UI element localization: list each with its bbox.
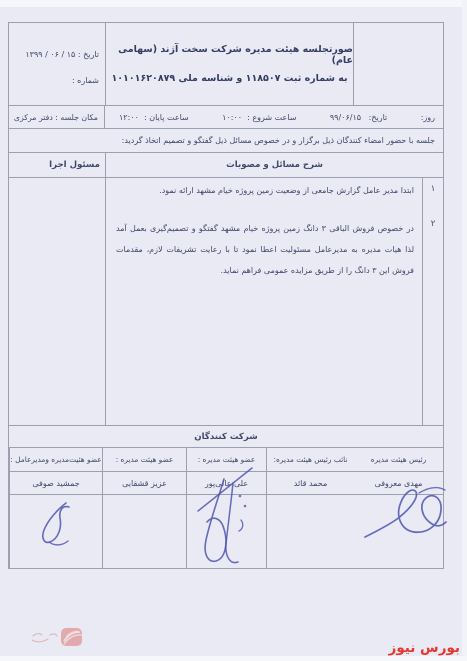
meta-start-label: ساعت شروع : [247,113,296,122]
paper-edge-bottom [0,656,467,661]
executor-header: مسئول اجرا [9,153,105,177]
meta-date-value: ۹۹/۰۶/۱۵ [330,113,361,122]
header-date-cell: تاریخ : ۱۵ / ۰۶ / ۱۳۹۹ شماره : [9,23,105,105]
meeting-meta-row: روز: تاریخ: ۹۹/۰۶/۱۵ ساعت شروع : ۱۰:۰۰ س… [9,106,443,129]
name-board-member-1: علی عالی‌پور [186,472,266,494]
intro-row: جلسه با حضور امضاء کنندگان ذیل برگزار و … [9,129,443,153]
document-title-line2: به شماره ثبت ۱۱۸۵۰۷ و شناسه ملی ۱۰۱۰۱۶۲۰… [111,73,347,84]
signature-cell-board-member-2 [102,495,186,568]
meta-date-label: تاریخ: [369,113,388,122]
meta-location-cell: مکان جلسه : دفتر مرکزی [9,106,105,128]
minutes-body-row: ۱ ۲ ابتدا مدیر عامل گزارش جامعی از وضعیت… [9,178,443,426]
meta-day-label: روز: [421,113,435,122]
item-1-number: ۱ [423,184,443,194]
name-member-and-ceo: جمشید صوفی [9,472,102,494]
item-number-column: ۱ ۲ [422,178,443,425]
section-header-row: شرح مسائل و مصوبات مسئول اجرا [9,153,443,178]
meta-start-time: ساعت شروع : ۱۰:۰۰ [222,113,296,122]
item-1-text: ابتدا مدیر عامل گزارش جامعی از وضعیت زمی… [116,180,414,201]
name-chairman: مهدی معروفی [354,472,443,494]
meta-end-time: ساعت پایان : ۱۲:۰۰ [119,113,189,122]
meta-main-cell: روز: تاریخ: ۹۹/۰۶/۱۵ ساعت شروع : ۱۰:۰۰ س… [105,106,443,128]
executor-column-empty [9,178,105,425]
signature-cell-board-member-1 [186,495,266,568]
items-column: ابتدا مدیر عامل گزارش جامعی از وضعیت زمی… [105,178,422,425]
item-2-text: در خصوص فروش الباقی ۳ دانگ زمین پروژه خی… [116,218,414,281]
document-title-cell: صورتجلسه هیئت مدیره شرکت سخت آژند (سهامی… [105,23,354,105]
name-vice-chairman: محمد قائد [266,472,354,494]
signature-cell-vice-chairman [266,495,354,568]
scanned-document-page: صورتجلسه هیئت مدیره شرکت سخت آژند (سهامی… [0,0,467,661]
role-board-member-1: عضو هیئت مدیره : [186,448,266,471]
meta-date: تاریخ: ۹۹/۰۶/۱۵ [330,113,387,122]
meta-start-value: ۱۰:۰۰ [222,113,242,122]
header-row: صورتجلسه هیئت مدیره شرکت سخت آژند (سهامی… [9,23,443,106]
role-board-member-2: عضو هیئت مدیره : [102,448,186,471]
item-2-number: ۲ [423,219,443,229]
document-title-line1: صورتجلسه هیئت مدیره شرکت سخت آژند (سهامی… [106,44,353,66]
participants-title: شرکت کنندگان [9,426,443,447]
paper-edge-top [0,0,467,7]
name-board-member-2: عزیز قشقایی [102,472,186,494]
role-chairman: رئیس هیئت مدیره [354,448,443,471]
intro-text: جلسه با حضور امضاء کنندگان ذیل برگزار و … [9,129,443,152]
participants-roles-row: رئیس هیئت مدیره نائب رئیس هیئت مدیره: عض… [9,448,443,472]
header-empty-cell [354,23,443,105]
meta-end-label: ساعت پایان : [144,113,189,122]
role-member-and-ceo: عضو هئیت‌مدیره ومدیرعامل : [9,448,102,471]
bourse-news-watermark: بورس نیوز [389,640,460,656]
news-agency-logo [30,626,84,652]
role-vice-chairman: نائب رئیس هیئت مدیره: [266,448,354,471]
meta-end-value: ۱۲:۰۰ [119,113,139,122]
minutes-table: صورتجلسه هیئت مدیره شرکت سخت آژند (سهامی… [8,22,444,569]
participants-signatures-row [9,495,443,568]
header-date-label: تاریخ : ۱۵ / ۰۶ / ۱۳۹۹ [11,50,99,59]
participants-names-row: مهدی معروفی محمد قائد علی عالی‌پور عزیز … [9,472,443,495]
signature-cell-chairman [354,495,443,568]
matters-header: شرح مسائل و مصوبات [105,153,443,177]
participants-title-row: شرکت کنندگان [9,426,443,448]
header-number-label: شماره : [11,76,99,85]
signature-cell-member-and-ceo [9,495,102,568]
paper-edge-right [462,0,467,661]
